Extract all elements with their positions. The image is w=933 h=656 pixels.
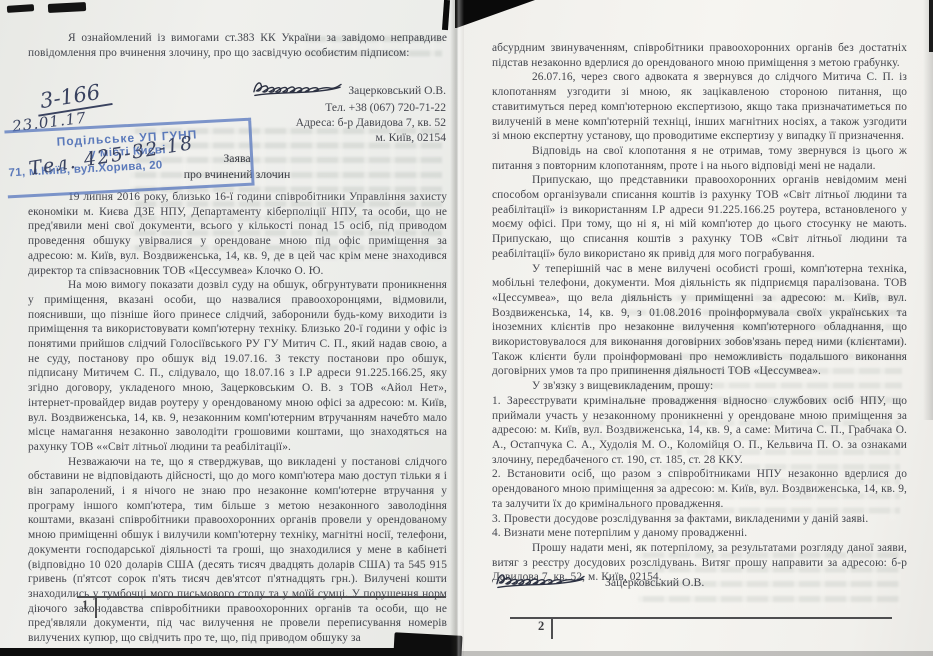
paragraph: Відповідь на свої клопотання я не отрима… <box>492 144 907 173</box>
scan-bottom-edge <box>0 648 461 656</box>
paragraph: Припускаю, що представники правоохоронни… <box>492 173 907 261</box>
request-item-4: 4. Визнати мене потерпілим у даному пров… <box>492 526 907 541</box>
scan-corner-shadow <box>455 0 535 28</box>
scan-right-shadow <box>923 0 933 420</box>
paragraph: 26.07.16, через свого адвоката я звернув… <box>492 70 907 144</box>
page-number: 2 <box>538 619 553 639</box>
handwritten-signature-icon <box>492 570 588 592</box>
footer-rule <box>77 596 446 598</box>
request-item-3: 3. Провести досудове розслідування за фа… <box>492 512 907 527</box>
signature-name: Зацерковський О.В. <box>605 575 704 589</box>
scan-bottom-shadow <box>461 651 933 656</box>
scanned-document: { "document": { "page1": { "intro": "Я о… <box>0 0 933 656</box>
document-page-2: абсурдним звинуваченням, співробітники п… <box>458 0 933 656</box>
signature-row: Зацерковський О.В. <box>492 570 892 592</box>
request-intro: У зв'язку з вищевикладеним, прошу: <box>492 379 907 394</box>
page2-body: абсурдним звинуваченням, співробітники п… <box>492 41 907 585</box>
document-page-1: Я ознайомлений із вимогами ст.383 КК Укр… <box>0 0 458 649</box>
page1-body: 19 липня 2016 року, близько 16-ї години … <box>28 190 447 646</box>
request-item-2: 2. Встановити осіб, що разом з співробіт… <box>492 467 907 511</box>
acknowledgement-text: Я ознайомлений із вимогами ст.383 КК Укр… <box>28 31 447 60</box>
acknowledgement-paragraph: Я ознайомлений із вимогами ст.383 КК Укр… <box>28 31 447 60</box>
scan-right-edge <box>929 0 933 52</box>
handwritten-signature-icon <box>249 78 345 100</box>
signature-name: Зацерковський О.В. <box>348 84 446 97</box>
paragraph: У теперішній час в мене вилучені особист… <box>492 262 907 380</box>
paragraph: На мою вимогу показати дозвіл суду на об… <box>28 278 447 454</box>
footer-rule <box>510 617 892 619</box>
scan-ink-mark <box>48 2 86 13</box>
paragraph-continuation: абсурдним звинуваченням, співробітники п… <box>492 41 907 70</box>
paragraph: 19 липня 2016 року, близько 16-ї години … <box>28 190 447 278</box>
request-item-1: 1. Зареєструвати кримінальне провадження… <box>492 394 907 468</box>
page-number: 1 <box>82 598 97 618</box>
scan-ink-mark <box>7 4 34 13</box>
